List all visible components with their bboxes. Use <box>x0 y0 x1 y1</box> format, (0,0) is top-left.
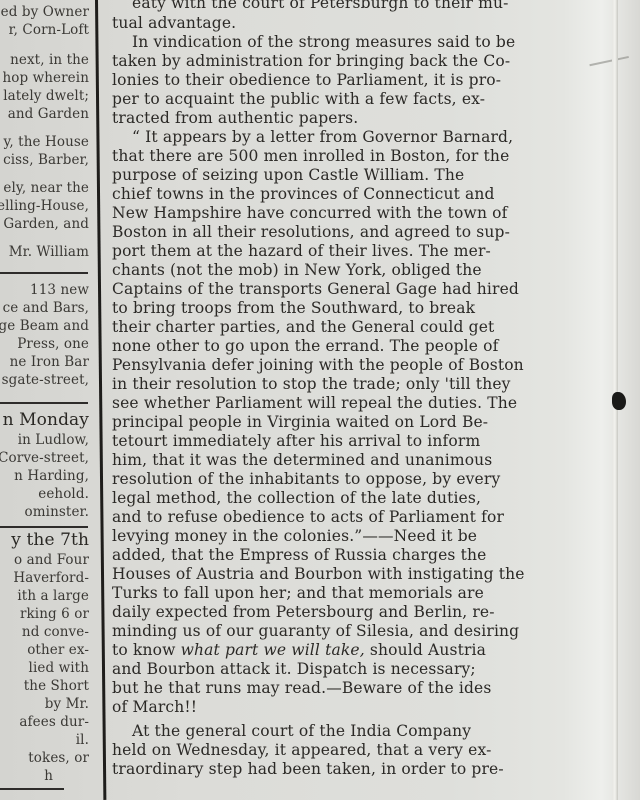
article-line: New Hampshire have concurred with the to… <box>112 204 508 222</box>
section-rule <box>0 402 88 404</box>
article-line: in their resolution to stop the trade; o… <box>112 375 511 393</box>
article-line: of March!! <box>112 698 197 716</box>
left-line: Press, one <box>17 336 89 352</box>
left-line: eehold. <box>38 486 89 502</box>
section-rule <box>0 272 88 274</box>
article-line: legal method, the collection of the late… <box>112 489 481 507</box>
left-line: next, in the <box>10 52 89 68</box>
ink-mark <box>612 392 626 410</box>
article-line: eaty with the court of Petersburgh to th… <box>112 0 509 12</box>
article-line: principal people in Virginia waited on L… <box>112 413 488 431</box>
article-line: Turks to fall upon her; and that memoria… <box>112 584 484 602</box>
left-line: y, the House <box>3 134 89 150</box>
column-divider <box>95 0 106 800</box>
article-line: chief towns in the provinces of Connecti… <box>112 185 495 203</box>
left-line: y the 7th <box>11 530 89 550</box>
article-line: see whether Parliament will repeal the d… <box>112 394 517 412</box>
left-line: ominster. <box>25 504 89 520</box>
left-line: n Harding, <box>14 468 89 484</box>
article-line: tetourt immediately after his arrival to… <box>112 432 480 450</box>
article-line: chants (not the mob) in New York, oblige… <box>112 261 482 279</box>
left-line: rking 6 or <box>20 606 89 622</box>
article-line: tual advantage. <box>112 14 236 32</box>
italic-phrase: what part we will take, <box>181 641 365 659</box>
section-rule <box>0 788 64 790</box>
left-line: ed by Owner <box>1 4 89 20</box>
left-line: Garden, and <box>3 216 89 232</box>
left-line: lately dwelt; <box>3 88 89 104</box>
left-line: the Short <box>24 678 89 694</box>
left-line: other ex- <box>27 642 89 658</box>
main-column-article: eaty with the court of Petersburgh to th… <box>112 0 542 800</box>
left-line: elling-House, <box>0 198 89 214</box>
article-line: Pensylvania defer joining with the peopl… <box>112 356 524 374</box>
article-line: Captains of the transports General Gage … <box>112 280 519 298</box>
left-line: hop wherein <box>2 70 89 86</box>
article-line: tracted from authentic papers. <box>112 109 358 127</box>
article-line: “ It appears by a letter from Governor B… <box>112 128 513 146</box>
article-line: held on Wednesday, it appeared, that a v… <box>112 741 492 759</box>
article-line: their charter parties, and the General c… <box>112 318 494 336</box>
newspaper-page: ed by Owner r, Corn-Loft next, in the ho… <box>0 0 640 800</box>
left-line: afees dur- <box>19 714 89 730</box>
article-line: but he that runs may read.—Beware of the… <box>112 679 491 697</box>
left-line: il. <box>76 732 89 748</box>
article-line: port them at the hazard of their lives. … <box>112 242 491 260</box>
article-line: to bring troops from the Southward, to b… <box>112 299 475 317</box>
article-line: purpose of seizing upon Castle William. … <box>112 166 464 184</box>
left-line: by Mr. <box>45 696 89 712</box>
article-line: to know what part we will take, should A… <box>112 641 486 659</box>
left-line: Haverford- <box>13 570 89 586</box>
left-line: 113 new <box>30 282 89 298</box>
article-line: levying money in the colonies.”——Need it… <box>112 527 477 545</box>
left-line: and Garden <box>8 106 89 122</box>
left-line: nd conve- <box>22 624 89 640</box>
left-line: lied with <box>29 660 89 676</box>
left-line: tokes, or <box>28 750 89 766</box>
article-line: In vindication of the strong measures sa… <box>112 33 515 51</box>
section-rule <box>0 526 88 528</box>
left-line: Mr. William <box>9 244 89 260</box>
article-line: that there are 500 men inrolled in Bosto… <box>112 147 509 165</box>
article-line: lonies to their obedience to Parliament,… <box>112 71 501 89</box>
left-line: sgate-street, <box>2 372 89 388</box>
article-line: per to acquaint the public with a few fa… <box>112 90 485 108</box>
article-line: traordinary step had been taken, in orde… <box>112 760 504 778</box>
article-line: taken by administration for bringing bac… <box>112 52 510 70</box>
left-line: Corve-street, <box>0 450 89 466</box>
article-line: none other to go upon the errand. The pe… <box>112 337 499 355</box>
article-text: to know <box>112 641 176 659</box>
article-line: Boston in all their resolutions, and agr… <box>112 223 510 241</box>
left-line: o and Four <box>14 552 89 568</box>
left-line: h <box>44 768 53 784</box>
article-line: minding us of our guaranty of Silesia, a… <box>112 622 519 640</box>
left-line: n Monday <box>3 410 89 430</box>
article-line: daily expected from Petersbourg and Berl… <box>112 603 495 621</box>
left-line: ely, near the <box>3 180 89 196</box>
article-line: and Bourbon attack it. Dispatch is neces… <box>112 660 476 678</box>
left-line: ciss, Barber, <box>3 152 89 168</box>
article-line: resolution of the inhabitants to oppose,… <box>112 470 500 488</box>
left-column-fragment: ed by Owner r, Corn-Loft next, in the ho… <box>0 0 93 800</box>
left-line: ne Iron Bar <box>10 354 89 370</box>
left-line: ith a large <box>17 588 89 604</box>
left-line: ce and Bars, <box>3 300 89 316</box>
article-line: and to refuse obedience to acts of Parli… <box>112 508 504 526</box>
article-line: added, that the Empress of Russia charge… <box>112 546 486 564</box>
left-line: in Ludlow, <box>18 432 89 448</box>
left-line: ge Beam and <box>0 318 89 334</box>
article-text: should Austria <box>370 641 486 659</box>
article-line: him, that it was the determined and unan… <box>112 451 492 469</box>
article-line: At the general court of the India Compan… <box>112 722 471 740</box>
article-line: Houses of Austria and Bourbon with insti… <box>112 565 525 583</box>
left-line: r, Corn-Loft <box>9 22 89 38</box>
